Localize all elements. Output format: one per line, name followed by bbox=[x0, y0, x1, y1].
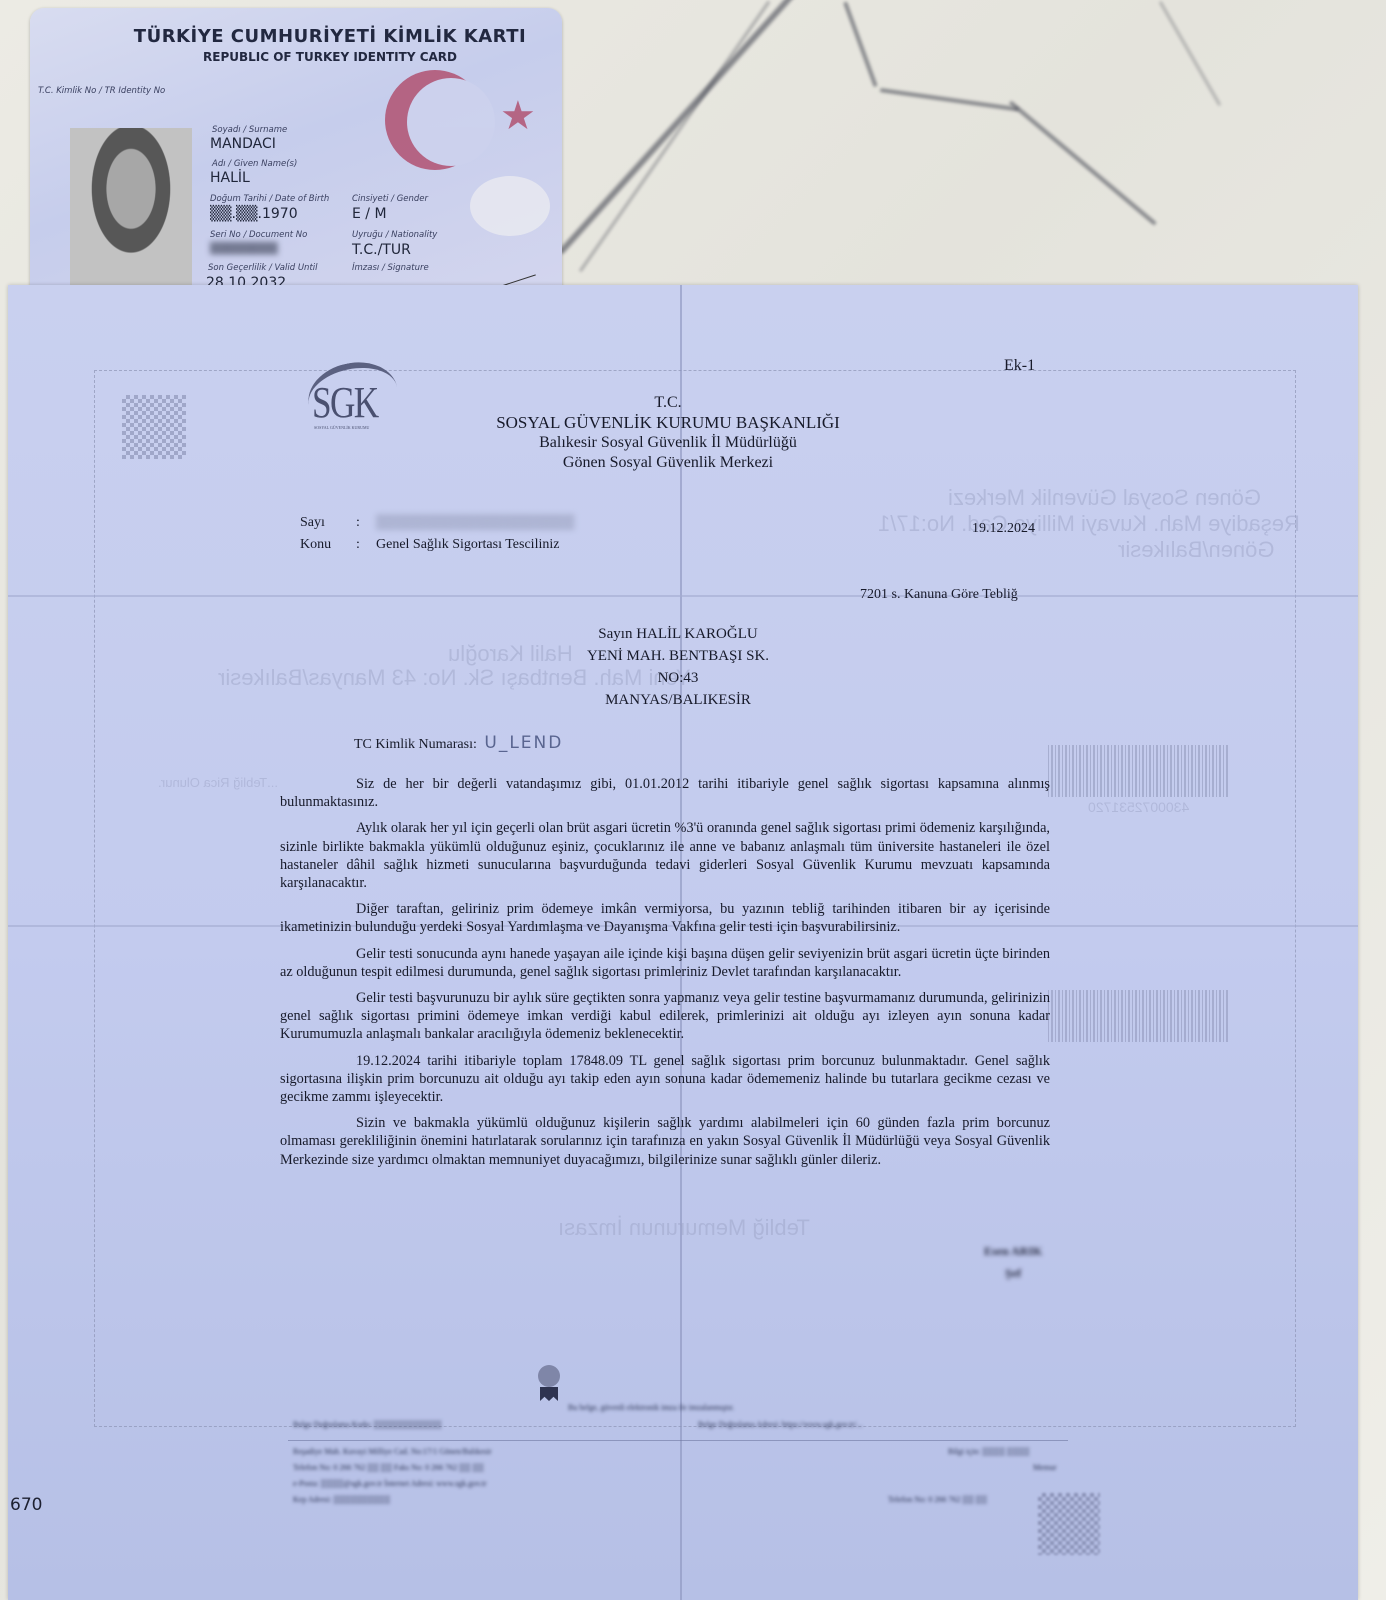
secure-note: Bu belge, güvenli elektronik imza ile im… bbox=[568, 1403, 734, 1412]
tc-number-value: U_LEND bbox=[484, 733, 563, 753]
signature-label: İmzası / Signature bbox=[352, 263, 429, 273]
given-name-value: HALİL bbox=[210, 170, 250, 186]
signer-block: Esen ARIK Şef bbox=[984, 1240, 1042, 1284]
sayi-value: ▒▒▒▒▒▒▒▒▒▒▒▒▒▒▒▒▒▒▒▒ bbox=[376, 515, 574, 530]
card-title-en: REPUBLIC OF TURKEY IDENTITY CARD bbox=[120, 50, 540, 64]
header-center: Gönen Sosyal Güvenlik Merkezi bbox=[348, 453, 988, 473]
footer-kep: Kep Adresi: ▒▒▒▒▒▒▒▒▒▒ bbox=[293, 1495, 390, 1504]
crescent-icon bbox=[385, 70, 485, 170]
nationality-label: Uyruğu / Nationality bbox=[352, 230, 437, 240]
recipient-street: YENİ MAH. BENTBAŞI SK. bbox=[528, 645, 828, 667]
marble-vein bbox=[558, 0, 817, 255]
tc-number-row: TC Kimlik Numarası: U_LEND bbox=[354, 733, 563, 753]
letter-header: T.C. SOSYAL GÜVENLİK KURUMU BAŞKANLIĞI B… bbox=[348, 393, 988, 473]
konu-label: Konu bbox=[300, 537, 356, 553]
paragraph: Gelir testi başvurunuzu bir aylık süre g… bbox=[280, 989, 1050, 1044]
footer-info-title: Memur bbox=[1033, 1463, 1057, 1472]
marble-vein bbox=[880, 88, 1019, 111]
footer-email: e-Posta: ▒▒▒▒@sgk.gov.tr İnternet Adresi… bbox=[293, 1479, 487, 1488]
star-icon: ★ bbox=[500, 93, 536, 139]
marble-vein bbox=[1009, 100, 1157, 225]
signer-title: Şef bbox=[984, 1262, 1042, 1284]
paragraph: Sizin ve bakmakla yükümlü olduğunuz kişi… bbox=[280, 1114, 1050, 1169]
annex-label: Ek-1 bbox=[1004, 357, 1035, 375]
dob-value: ▒▒.▒▒.1970 bbox=[210, 206, 298, 222]
letter-date: 19.12.2024 bbox=[972, 521, 1035, 537]
gender-label: Cinsiyeti / Gender bbox=[352, 194, 428, 204]
footer-divider bbox=[288, 1440, 1068, 1441]
paragraph: Gelir testi sonucunda aynı hanede yaşaya… bbox=[280, 945, 1050, 981]
recipient-no: NO:43 bbox=[528, 667, 828, 689]
bleed-signature-box: Tebliğ Memurunun İmzası bbox=[558, 1215, 810, 1241]
paragraph: 19.12.2024 tarihi itibariyle toplam 1784… bbox=[280, 1052, 1050, 1107]
qr-code-faint bbox=[122, 395, 186, 459]
verify-code: Belge Doğrulama Kodu: ▒▒▒▒▒▒▒▒▒▒▒▒ bbox=[293, 1420, 442, 1429]
footer-address: Reşadiye Mah. Kuvayi Milliye Cad. No:17/… bbox=[293, 1447, 492, 1456]
surname-value: MANDACI bbox=[210, 136, 276, 152]
holder-photo bbox=[70, 128, 192, 288]
verify-url: Belge Doğrulama Adresi: https://www.sgk.… bbox=[698, 1420, 863, 1429]
qr-code bbox=[1038, 1493, 1100, 1555]
bleed-return-line1: Gönen Sosyal Güvenlik Merkezi bbox=[948, 485, 1261, 511]
marble-vein bbox=[579, 0, 771, 272]
card-title-tr: TÜRKİYE CUMHURİYETİ KİMLİK KARTI bbox=[120, 26, 540, 47]
sgk-letter: Gönen Sosyal Güvenlik Merkezi Reşadiye M… bbox=[8, 285, 1358, 1600]
footer-info-phone: Telefon No: 0 266 762 ▒▒ ▒▒ bbox=[888, 1495, 987, 1504]
ghost-photo bbox=[470, 176, 550, 236]
identity-card: TÜRKİYE CUMHURİYETİ KİMLİK KARTI REPUBLI… bbox=[30, 8, 562, 313]
konu-value: Genel Sağlık Sigortası Tesciliniz bbox=[376, 537, 559, 552]
law-notice: 7201 s. Kanuna Göre Tebliğ bbox=[860, 587, 1018, 603]
dob-label: Doğum Tarihi / Date of Birth bbox=[210, 194, 329, 204]
footer-phone: Telefon No: 0 266 762 ▒▒ ▒▒ Faks No: 0 2… bbox=[293, 1463, 484, 1472]
e-signature-ribbon-icon bbox=[538, 1365, 560, 1399]
marble-vein bbox=[1159, 1, 1222, 106]
paragraph: Aylık olarak her yıl için geçerli olan b… bbox=[280, 819, 1050, 892]
surname-label: Soyadı / Surname bbox=[212, 125, 287, 135]
reference-number-row: Sayı:▒▒▒▒▒▒▒▒▒▒▒▒▒▒▒▒▒▒▒▒ bbox=[300, 515, 574, 531]
signer-name: Esen ARIK bbox=[984, 1240, 1042, 1262]
bleed-return-line3: Gönen/Balıkesir bbox=[1118, 537, 1275, 563]
paragraph: Siz de her bir değerli vatandaşımız gibi… bbox=[280, 775, 1050, 811]
document-no-label: Seri No / Document No bbox=[210, 230, 307, 240]
bleed-barcode bbox=[1048, 745, 1228, 797]
bleed-notice: ...Tebliğ Rica Olunur. bbox=[158, 775, 278, 790]
tc-number-label: TC Kimlik Numarası: bbox=[354, 737, 477, 752]
page-number: 670 bbox=[10, 1495, 42, 1515]
marble-vein bbox=[843, 1, 878, 87]
given-name-label: Adı / Given Name(s) bbox=[212, 159, 297, 169]
recipient-city: MANYAS/BALIKESİR bbox=[528, 689, 828, 711]
header-institution: SOSYAL GÜVENLİK KURUMU BAŞKANLIĞI bbox=[348, 413, 988, 433]
footer-info-contact: Bilgi için: ▒▒▒▒ ▒▒▒▒ bbox=[948, 1447, 1030, 1456]
header-tc: T.C. bbox=[348, 393, 988, 413]
bleed-return-line2: Reşadiye Mah. Kuvayi Milliye Cad. No:17/… bbox=[878, 511, 1300, 537]
valid-until-label: Son Geçerlilik / Valid Until bbox=[208, 263, 318, 273]
tc-no-label: T.C. Kimlik No / TR Identity No bbox=[38, 86, 165, 96]
nationality-value: T.C./TUR bbox=[352, 242, 411, 258]
header-directorate: Balıkesir Sosyal Güvenlik İl Müdürlüğü bbox=[348, 433, 988, 453]
subject-row: Konu:Genel Sağlık Sigortası Tesciliniz bbox=[300, 537, 559, 553]
bleed-barcode-number: 4300072531720 bbox=[1088, 799, 1189, 815]
fold-line bbox=[8, 595, 1358, 597]
recipient-name: Sayın HALİL KAROĞLU bbox=[528, 623, 828, 645]
gender-value: E / M bbox=[352, 206, 387, 222]
paragraph: Diğer taraftan, geliriniz prim ödemeye i… bbox=[280, 900, 1050, 936]
recipient-address: Sayın HALİL KAROĞLU YENİ MAH. BENTBAŞI S… bbox=[528, 623, 828, 711]
document-no-value: ▒▒▒▒▒▒▒▒ bbox=[210, 242, 278, 255]
letter-body: Siz de her bir değerli vatandaşımız gibi… bbox=[280, 775, 1050, 1177]
bleed-barcode bbox=[1048, 990, 1228, 1042]
sayi-label: Sayı bbox=[300, 515, 356, 531]
